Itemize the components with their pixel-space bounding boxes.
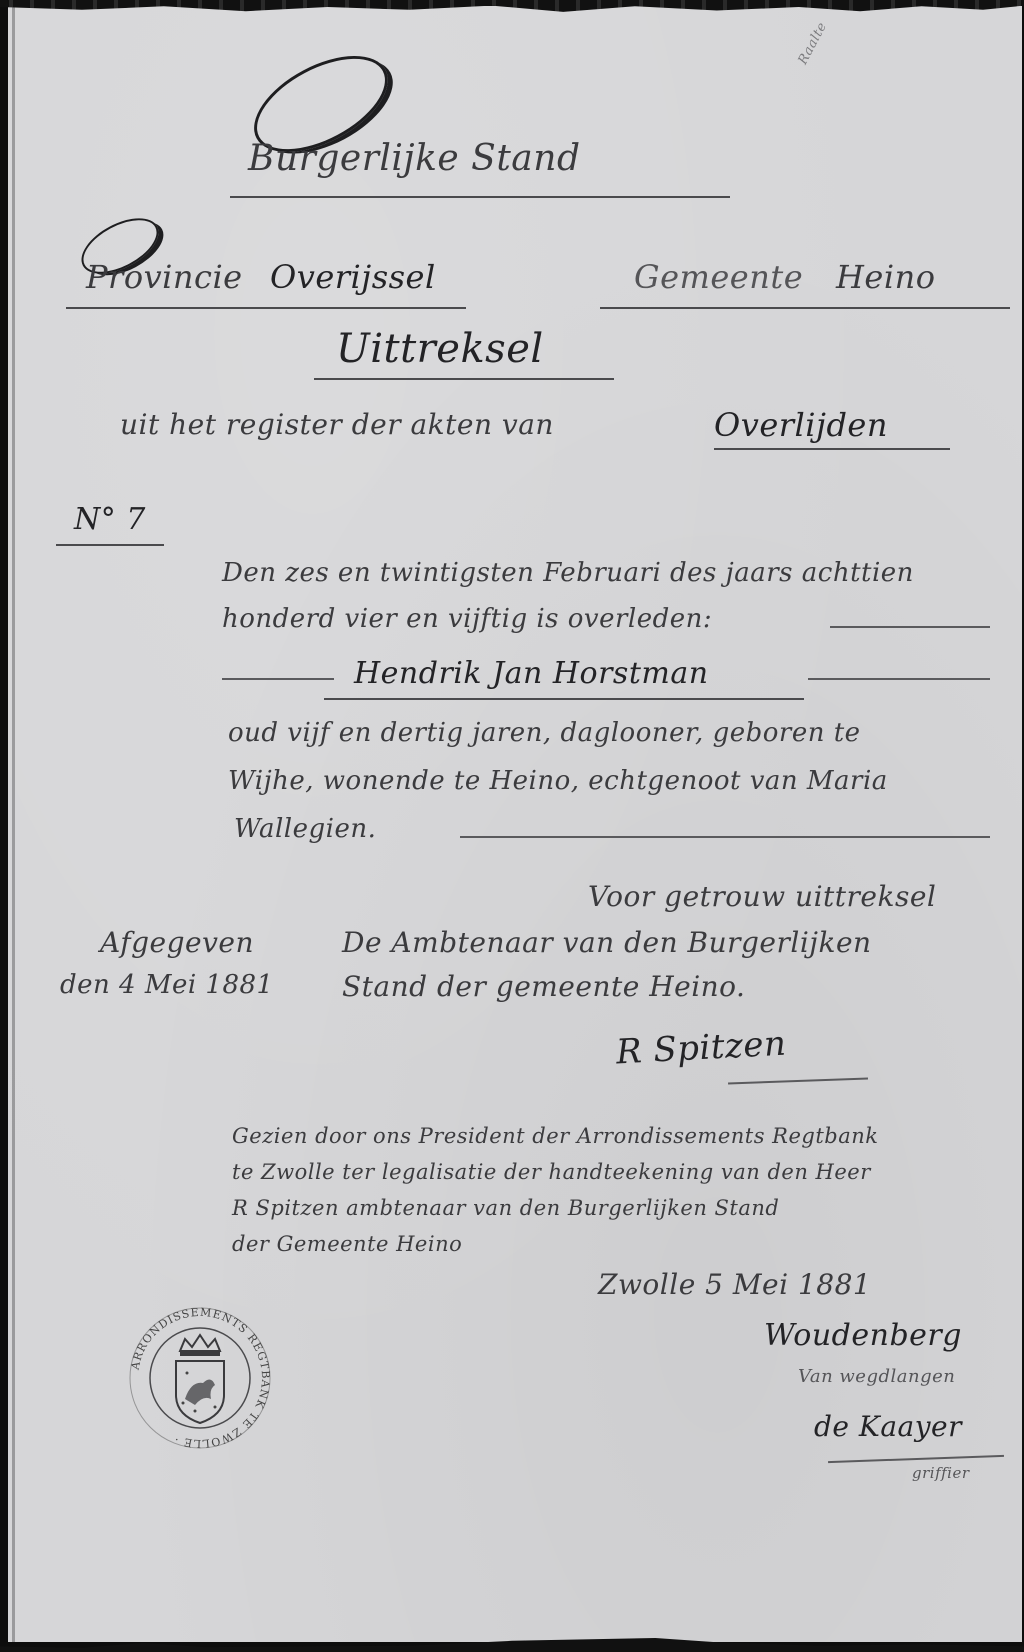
record-number-underline xyxy=(56,544,164,546)
gemeente-label: Gemeente xyxy=(634,258,803,296)
issued-date: den 4 Mei 1881 xyxy=(60,970,274,1000)
seal-emblem-icon: ARRONDISSEMENTS REGTBANK TE ZWOLLE · xyxy=(125,1303,275,1453)
body-line-4: oud vijf en dertig jaren, daglooner, geb… xyxy=(228,718,861,748)
official-signature: R Spitzen xyxy=(615,1024,787,1073)
record-number: N° 7 xyxy=(74,502,146,537)
margin-rule xyxy=(12,6,15,1642)
body-line-6: Wallegien. xyxy=(234,814,376,844)
legalisation-line-2: te Zwolle ter legalisatie der handteeken… xyxy=(232,1160,871,1184)
griffier-label: griffier xyxy=(912,1464,970,1482)
filler-line xyxy=(460,836,990,838)
official-line-2: Stand der gemeente Heino. xyxy=(342,970,745,1003)
heading-underline xyxy=(314,378,614,380)
name-underline xyxy=(324,698,804,700)
court-seal: ARRONDISSEMENTS REGTBANK TE ZWOLLE · xyxy=(125,1303,275,1453)
heading-uittreksel: Uittreksel xyxy=(336,326,544,372)
deceased-name: Hendrik Jan Horstman xyxy=(354,656,709,691)
legalisation-place-date: Zwolle 5 Mei 1881 xyxy=(598,1268,871,1301)
legalisation-line-3: R Spitzen ambtenaar van den Burgerlijken… xyxy=(232,1196,779,1220)
filler-line xyxy=(830,626,990,628)
body-line-1: Den zes en twintigsten Februari des jaar… xyxy=(222,558,914,588)
filler-line xyxy=(808,678,990,680)
ondertekening-text: Van wegdlangen xyxy=(798,1366,955,1387)
register-type: Overlijden xyxy=(714,406,888,444)
president-signature: Woudenberg xyxy=(764,1318,962,1353)
page-title: Burgerlijke Stand xyxy=(248,138,580,179)
provincie-label: Provincie xyxy=(86,258,243,296)
gemeente-underline xyxy=(600,307,1010,309)
register-type-underline xyxy=(714,448,950,450)
provincie-underline xyxy=(66,307,466,309)
official-line-1: De Ambtenaar van den Burgerlijken xyxy=(342,926,872,959)
body-line-5: Wijhe, wonende te Heino, echtgenoot van … xyxy=(228,766,888,796)
legalisation-line-4: der Gemeente Heino xyxy=(232,1232,462,1256)
pencil-note: Raalte xyxy=(795,20,830,67)
provincie-value: Overijssel xyxy=(270,258,436,296)
title-underline xyxy=(230,196,730,198)
griffier-underline xyxy=(828,1455,1004,1463)
register-line: uit het register der akten van xyxy=(120,408,554,441)
body-line-2: honderd vier en vijftig is overleden: xyxy=(222,604,712,634)
gemeente-value: Heino xyxy=(836,258,935,296)
legalisation-line-1: Gezien door ons President der Arrondisse… xyxy=(232,1124,879,1148)
document-page: Raalte Burgerlijke Stand Provincie Overi… xyxy=(8,6,1022,1642)
voor-getrouw: Voor getrouw uittreksel xyxy=(588,880,936,913)
signature-underline xyxy=(728,1078,868,1084)
filler-line xyxy=(222,678,334,680)
griffier-signature: de Kaayer xyxy=(814,1410,962,1443)
afgegeven-label: Afgegeven xyxy=(100,926,254,959)
